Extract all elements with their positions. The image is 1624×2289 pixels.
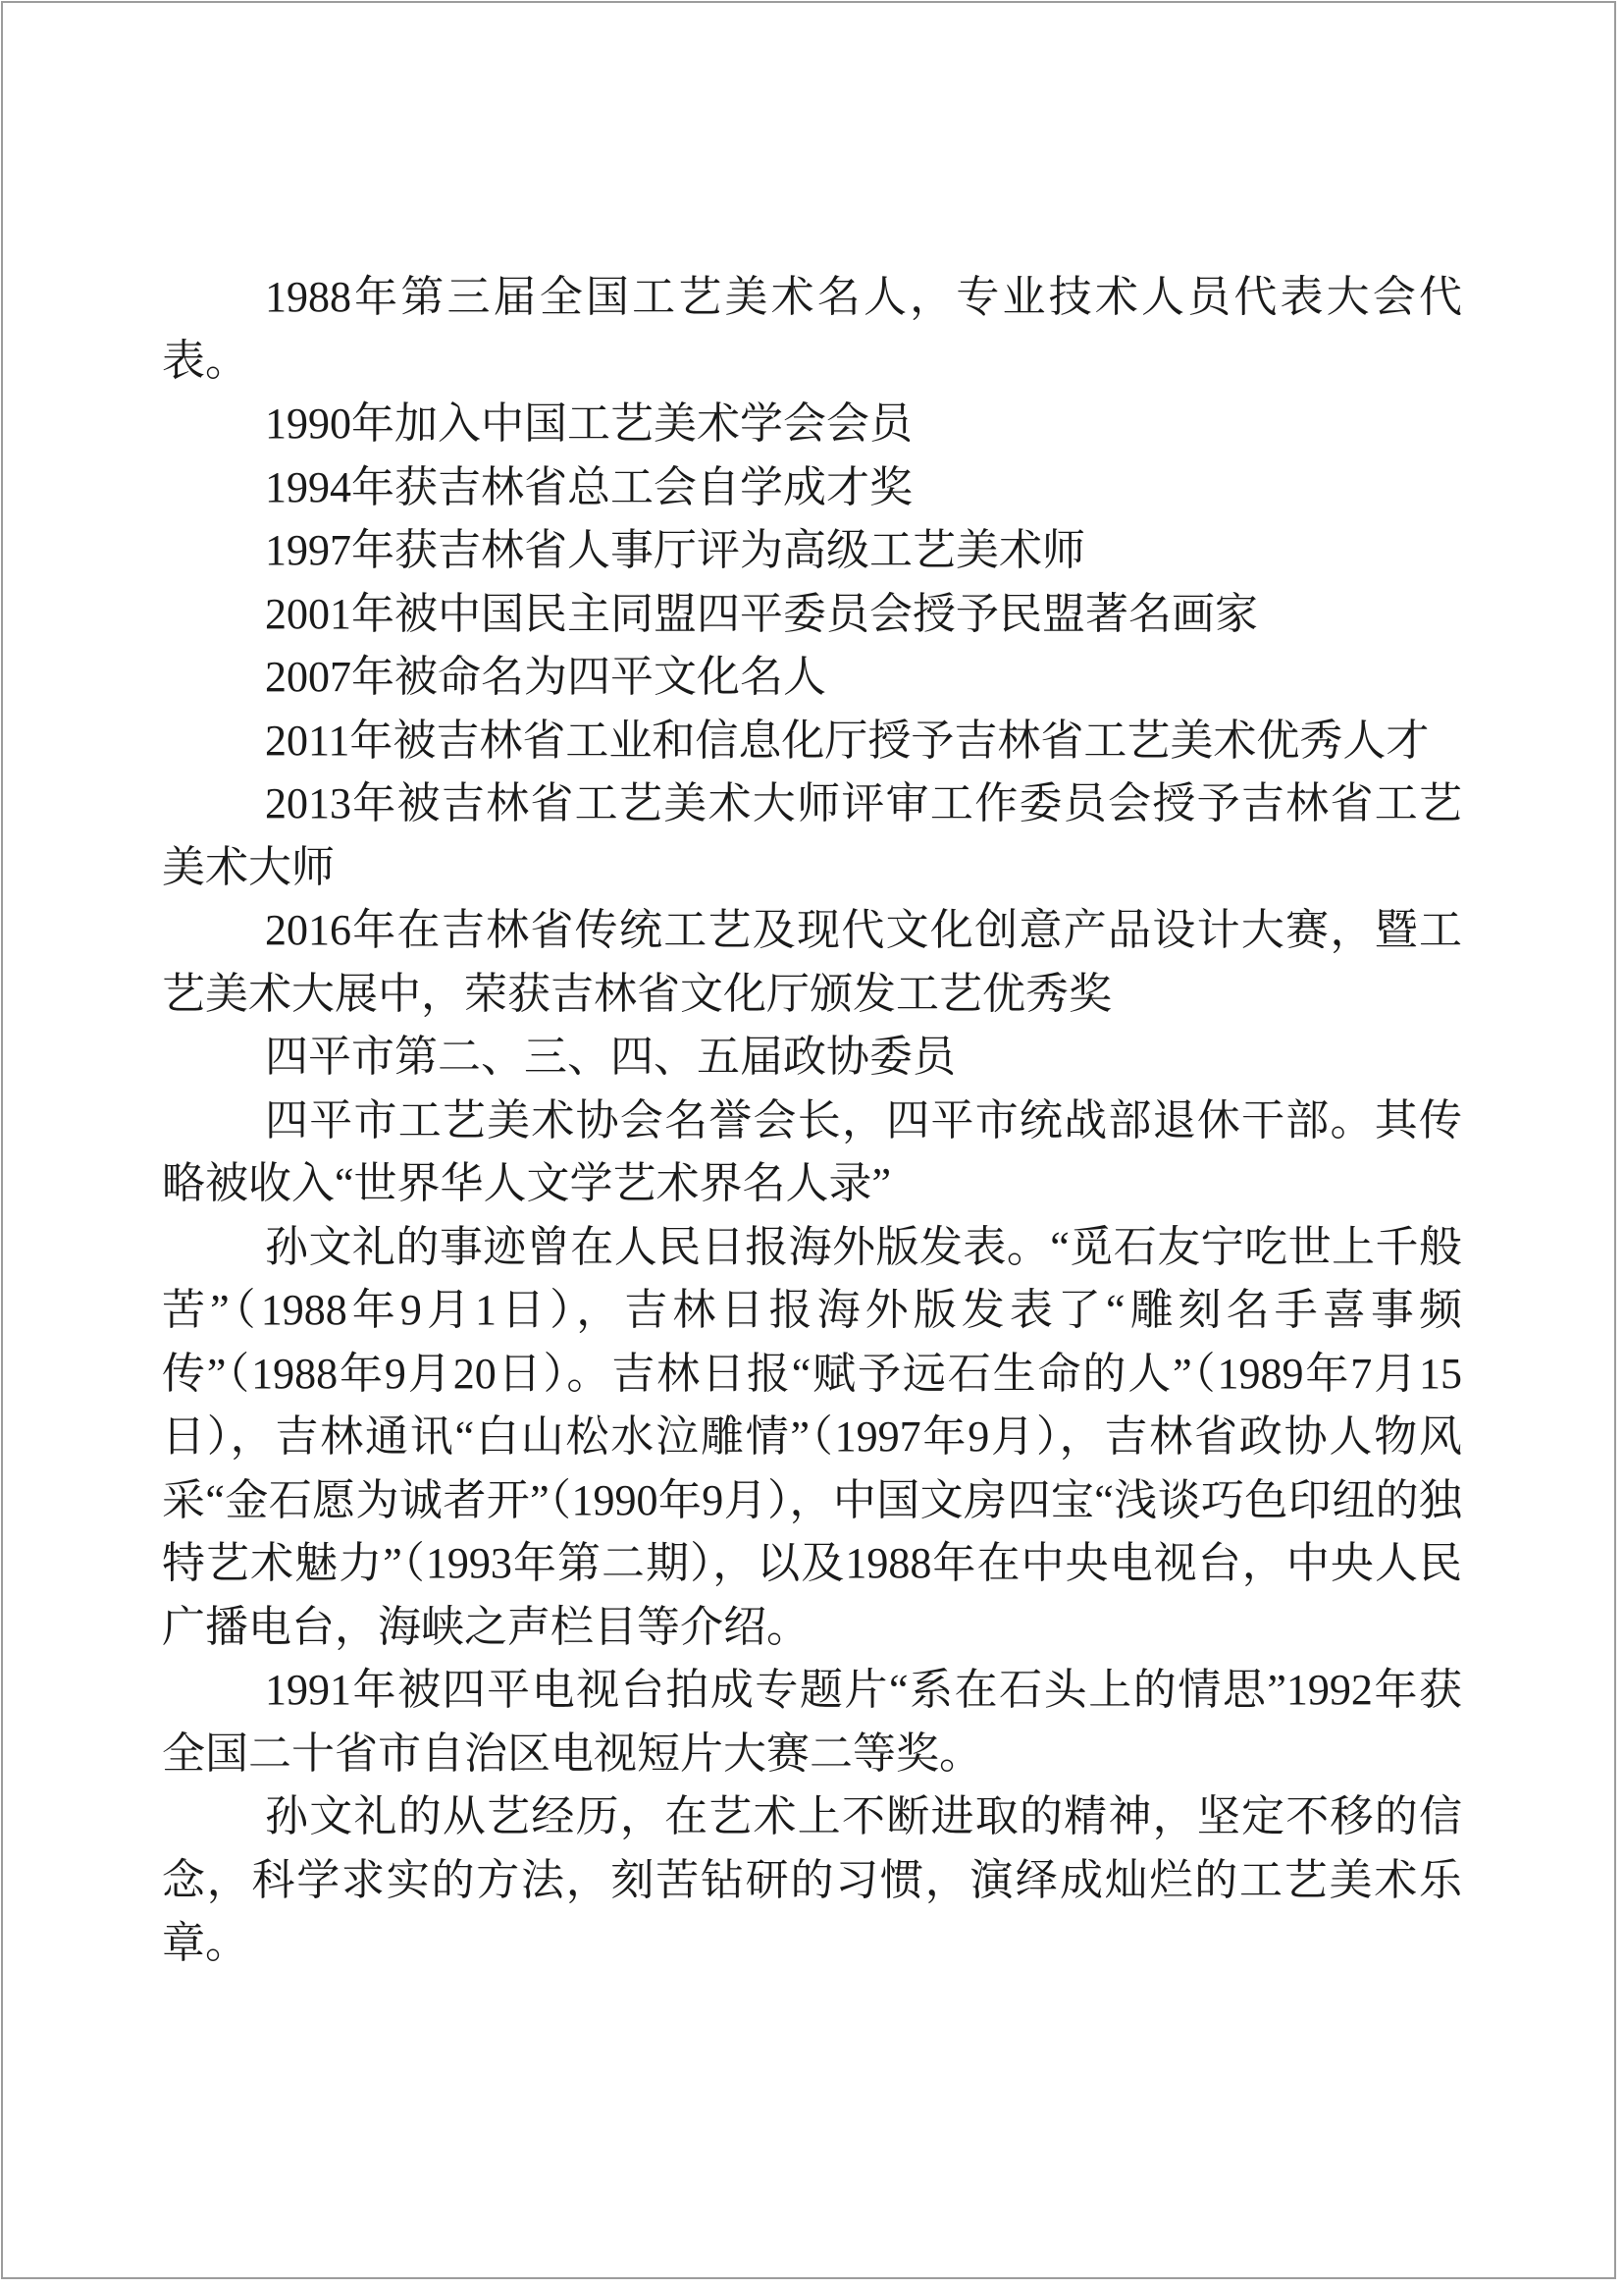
- paragraph: 孙文礼的从艺经历，在艺术上不断进取的精神，坚定不移的信念，科学求实的方法，刻苦钻…: [162, 1785, 1462, 1976]
- paragraph: 1991年被四平电视台拍成专题片“系在石头上的情思”1992年获全国二十省市自治…: [162, 1659, 1462, 1785]
- paragraph: 2016年在吉林省传统工艺及现代文化创意产品设计大赛，暨工艺美术大展中，荣获吉林…: [162, 899, 1462, 1026]
- paragraph: 1990年加入中国工艺美术学会会员: [162, 393, 1462, 456]
- paragraph: 1988年第三届全国工艺美术名人，专业技术人员代表大会代表。: [162, 266, 1462, 393]
- paragraph: 孙文礼的事迹曾在人民日报海外版发表。“觅石友宁吃世上千般苦”（1988年9月1日…: [162, 1216, 1462, 1660]
- paragraph: 2011年被吉林省工业和信息化厅授予吉林省工艺美术优秀人才: [162, 710, 1462, 773]
- paragraph: 四平市第二、三、四、五届政协委员: [162, 1026, 1462, 1090]
- paragraph: 1994年获吉林省总工会自学成才奖: [162, 456, 1462, 520]
- paragraph: 2007年被命名为四平文化名人: [162, 646, 1462, 710]
- text-content: 1988年第三届全国工艺美术名人，专业技术人员代表大会代表。 1990年加入中国…: [162, 266, 1462, 1976]
- paragraph: 1997年获吉林省人事厅评为高级工艺美术师: [162, 519, 1462, 583]
- paragraph: 四平市工艺美术协会名誉会长，四平市统战部退休干部。其传略被收入“世界华人文学艺术…: [162, 1090, 1462, 1216]
- paragraph: 2001年被中国民主同盟四平委员会授予民盟著名画家: [162, 583, 1462, 647]
- paragraph: 2013年被吉林省工艺美术大师评审工作委员会授予吉林省工艺美术大师: [162, 772, 1462, 899]
- document-page: 1988年第三届全国工艺美术名人，专业技术人员代表大会代表。 1990年加入中国…: [1, 1, 1616, 2279]
